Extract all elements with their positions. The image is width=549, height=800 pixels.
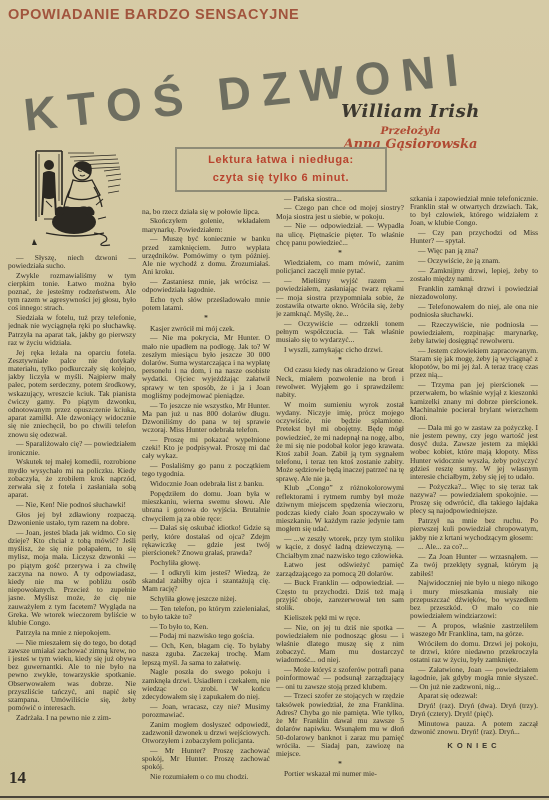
story-paragraph: — Słyszę, niech dzwoni — powiedziała suc… <box>8 254 136 270</box>
page-number: 14 <box>9 768 26 788</box>
story-paragraph: Nie rozumiałem o co mu chodzi. <box>142 773 270 781</box>
story-paragraph: Patrzył na mnie bez ruchu. Po pierwszej … <box>410 517 538 542</box>
story-paragraph: — Nie, on jej tu dziś nie spotka — powie… <box>276 624 404 665</box>
magazine-page: OPOWIADANIE BARDZO SENSACYJNE KTOŚ DZWON… <box>0 0 549 800</box>
story-paragraph: — Joan, wracasz, czy nie? Musimy porozma… <box>142 703 270 719</box>
story-paragraph: Wróciłem do domu. Drzwi jej pokoju, te d… <box>410 640 538 665</box>
story-paragraph: Łatwo jest odświeżyć pamięć zarządzające… <box>276 561 404 577</box>
kicker-headline: OPOWIADANIE BARDZO SENSACYJNE <box>8 7 299 23</box>
story-paragraph: — Zastaniesz mnie, jak wrócisz — odpowie… <box>142 278 270 294</box>
story-paragraph: Popędziłem do domu. Joan była w mieszkan… <box>142 490 270 523</box>
story-paragraph: — I odkryli kim jesteś? Wiedzą, że skand… <box>142 569 270 594</box>
story-paragraph: Zadrżała. I na pewno nie z zim- <box>8 714 136 722</box>
story-paragraph: Kasjer zwrócił mi mój czek. <box>142 325 270 333</box>
story-paragraph: Kieliszek pękł mi w ręce. <box>276 614 404 622</box>
story-paragraph: — Jestem człowiekiem zapracowanym. Stara… <box>410 347 538 380</box>
story-paragraph: — Rzeczywiście, nie podniosła — powiedzi… <box>410 321 538 346</box>
story-paragraph: Od czasu kiedy nas okradziono w Great Ne… <box>276 366 404 399</box>
story-paragraph: I wyszli, zamykając cicho drzwi. <box>276 346 404 354</box>
section-separator: * <box>276 760 404 768</box>
story-paragraph: — To jeszcze nie wszystko, Mr Hunter. Ma… <box>142 402 270 435</box>
story-paragraph: Nagle poszła do swego pokoju i zamknęła … <box>142 668 270 701</box>
story-paragraph: Wskutek tej małej komedii, rozrobione my… <box>8 458 136 499</box>
story-paragraph: W moim sumieniu wyrok został wydany. Nic… <box>276 401 404 483</box>
story-paragraph: Widocznie Joan odebrała list z banku. <box>142 480 270 488</box>
story-paragraph: — Mr Hunter? Proszę zachować spokój, Mr … <box>142 747 270 772</box>
story-paragraph: Skończyłem golenie, wkładałem marynarkę.… <box>142 217 270 233</box>
bottom-rule <box>0 796 549 798</box>
byline: William Irish Przełożyła Anna Gąsiorowsk… <box>333 101 488 152</box>
story-paragraph: Dryń! (raz). Dryń (dwa). Dryń (trzy). Dr… <box>410 702 538 718</box>
story-paragraph: Najwidoczniej nie było u niego nikogo i … <box>410 579 538 620</box>
section-separator: * <box>276 356 404 364</box>
story-paragraph: — Nie ma pokrycia, Mr Hunter. O mało nie… <box>142 334 270 400</box>
story-paragraph: — Oczywiście — odrzekli tonem pełnym wsp… <box>276 320 404 345</box>
story-paragraph: — Za Joan Hunter — wrzasnąłem. — Za twój… <box>410 553 538 578</box>
text-column-4: szkania i zapowiedział mnie telefoniczni… <box>410 193 538 793</box>
story-paragraph: — ...w zeszły wtorek, przy tym stoliku w… <box>276 535 404 560</box>
story-paragraph: — Więc pan ją zna? <box>410 247 538 255</box>
story-paragraph: Zanim mogłem dosłyszeć odpowiedź, zadzwo… <box>142 721 270 746</box>
story-paragraph: — Pańska siostra... <box>276 195 404 203</box>
story-paragraph: — Trzyma pan jej pierścionek — przerwałe… <box>410 381 538 422</box>
story-paragraph: Portier wskazał mi numer mie- <box>276 770 404 778</box>
story-paragraph: — Nie mieszałem się do tego, bo dotąd za… <box>8 639 136 713</box>
story-paragraph: na, bo rzecz działa się w połowie lipca. <box>142 208 270 216</box>
story-paragraph: — Może któryś z szoferów potrafi pana po… <box>276 666 404 691</box>
story-paragraph: — Buck Franklin — odpowiedział. — Często… <box>276 579 404 612</box>
reading-time-line1: Lektura łatwa i niedługa: <box>208 152 354 169</box>
story-paragraph: — A propos, właśnie zastrzeliłem waszego… <box>410 622 538 638</box>
story-paragraph: — Dałaś się oskubać idiotko! Gdzie są pe… <box>142 524 270 557</box>
story-paragraph: Schyliła głowę jeszcze niżej. <box>142 595 270 603</box>
text-column-2: na, bo rzecz działa się w połowie lipca.… <box>142 206 270 792</box>
story-paragraph: Siedziała w fotelu, tuż przy telefonie, … <box>8 314 136 347</box>
story-paragraph: — Czy pan przychodzi od Miss Hunter? — s… <box>410 229 538 245</box>
story-paragraph: szkania i zapowiedział mnie telefoniczni… <box>410 195 538 228</box>
story-paragraph: — Oczywiście, że ją znam. <box>410 257 538 265</box>
story-paragraph: — Posłaliśmy go panu z początkiem tego t… <box>142 462 270 478</box>
section-separator: * <box>276 249 404 257</box>
story-paragraph: — Zamknijmy drzwi, lepiej, żeby to zosta… <box>410 267 538 283</box>
story-paragraph: — Podaj mi nazwisko tego gościa. <box>142 632 270 640</box>
story-ending-label: KONIEC <box>410 742 538 750</box>
story-paragraph: Pochyliła głowę. <box>142 559 270 567</box>
reading-time-line2: czyta się tylko 6 minut. <box>213 170 350 187</box>
story-paragraph: — Telefonowałem do niej, ale ona nie pod… <box>410 303 538 319</box>
reading-time-box: Lektura łatwa i niedługa: czyta się tylk… <box>175 147 387 192</box>
text-column-1: — Słyszę, niech dzwoni — powiedziała suc… <box>8 252 136 766</box>
story-paragraph: — Joan, jesteś blada jak widmo. Co się d… <box>8 529 136 627</box>
story-paragraph: — Ten telefon, po którym zzieleniałaś, t… <box>142 605 270 621</box>
story-paragraph: — Pożyczka?... Więc to się teraz tak naz… <box>410 483 538 516</box>
story-paragraph: — Czego pan chce od mojej siostry? Moja … <box>276 204 404 220</box>
story-paragraph: Patrzyła na mnie z niepokojem. <box>8 629 136 637</box>
author-name: William Irish <box>333 101 488 122</box>
story-paragraph: — Trzeci szofer ze stojących w rzędzie t… <box>276 692 404 758</box>
story-paragraph: — Nie — odpowiedział. — Wypadła na ulicę… <box>276 222 404 247</box>
story-paragraph: — To było to, Ken. <box>142 623 270 631</box>
story-paragraph: — Muszę być koniecznie w banku przed zam… <box>142 235 270 276</box>
translator-label: Przełożyła <box>333 125 488 137</box>
story-paragraph: Franklin zamknął drzwi i powiedział niez… <box>410 285 538 301</box>
story-paragraph: — Sparaliżowało cię? — powiedziałem iron… <box>8 440 136 456</box>
story-paragraph: Aparat się odezwał: <box>410 692 538 700</box>
story-paragraph: Echo tych słów prześladowało mnie potem … <box>142 296 270 312</box>
story-paragraph: Klub „Congo” z różnokolorowymi reflektor… <box>276 484 404 533</box>
text-column-3: — Pańska siostra...— Czego pan chce od m… <box>276 193 404 792</box>
story-paragraph: — Nie, Ken! Nie podnoś słuchawki! <box>8 501 136 509</box>
story-paragraph: Głos jej był zdławiony rozpaczą. Dzwonie… <box>8 511 136 527</box>
story-illustration-ink-sketch <box>24 149 124 248</box>
story-paragraph: — Och, Ken, błagam cię. To byłaby nasza … <box>142 642 270 667</box>
story-paragraph: Minutowa pauza. A potem zaczął dzwonić z… <box>410 720 538 736</box>
story-paragraph: — Mieliśmy wyjść razem — powiedziałem, z… <box>276 277 404 318</box>
story-paragraph: — Dała mi go w zastaw za pożyczkę. I nie… <box>410 424 538 481</box>
story-paragraph: Zwykle rozmawialiśmy w tym cierpkim toni… <box>8 272 136 313</box>
story-paragraph: — Proszę mi pokazać wypełnione czeki! Kt… <box>142 436 270 461</box>
section-separator: * <box>142 314 270 322</box>
story-paragraph: Jej ręka leżała na oparciu fotela. Zeszt… <box>8 349 136 439</box>
story-paragraph: Wiedziałem, co mam mówić, zanim policjan… <box>276 259 404 275</box>
story-paragraph: — Załatwione, Joan — powiedziałem łagodn… <box>410 666 538 691</box>
story-paragraph: ... Ale... za co?... <box>410 543 538 551</box>
